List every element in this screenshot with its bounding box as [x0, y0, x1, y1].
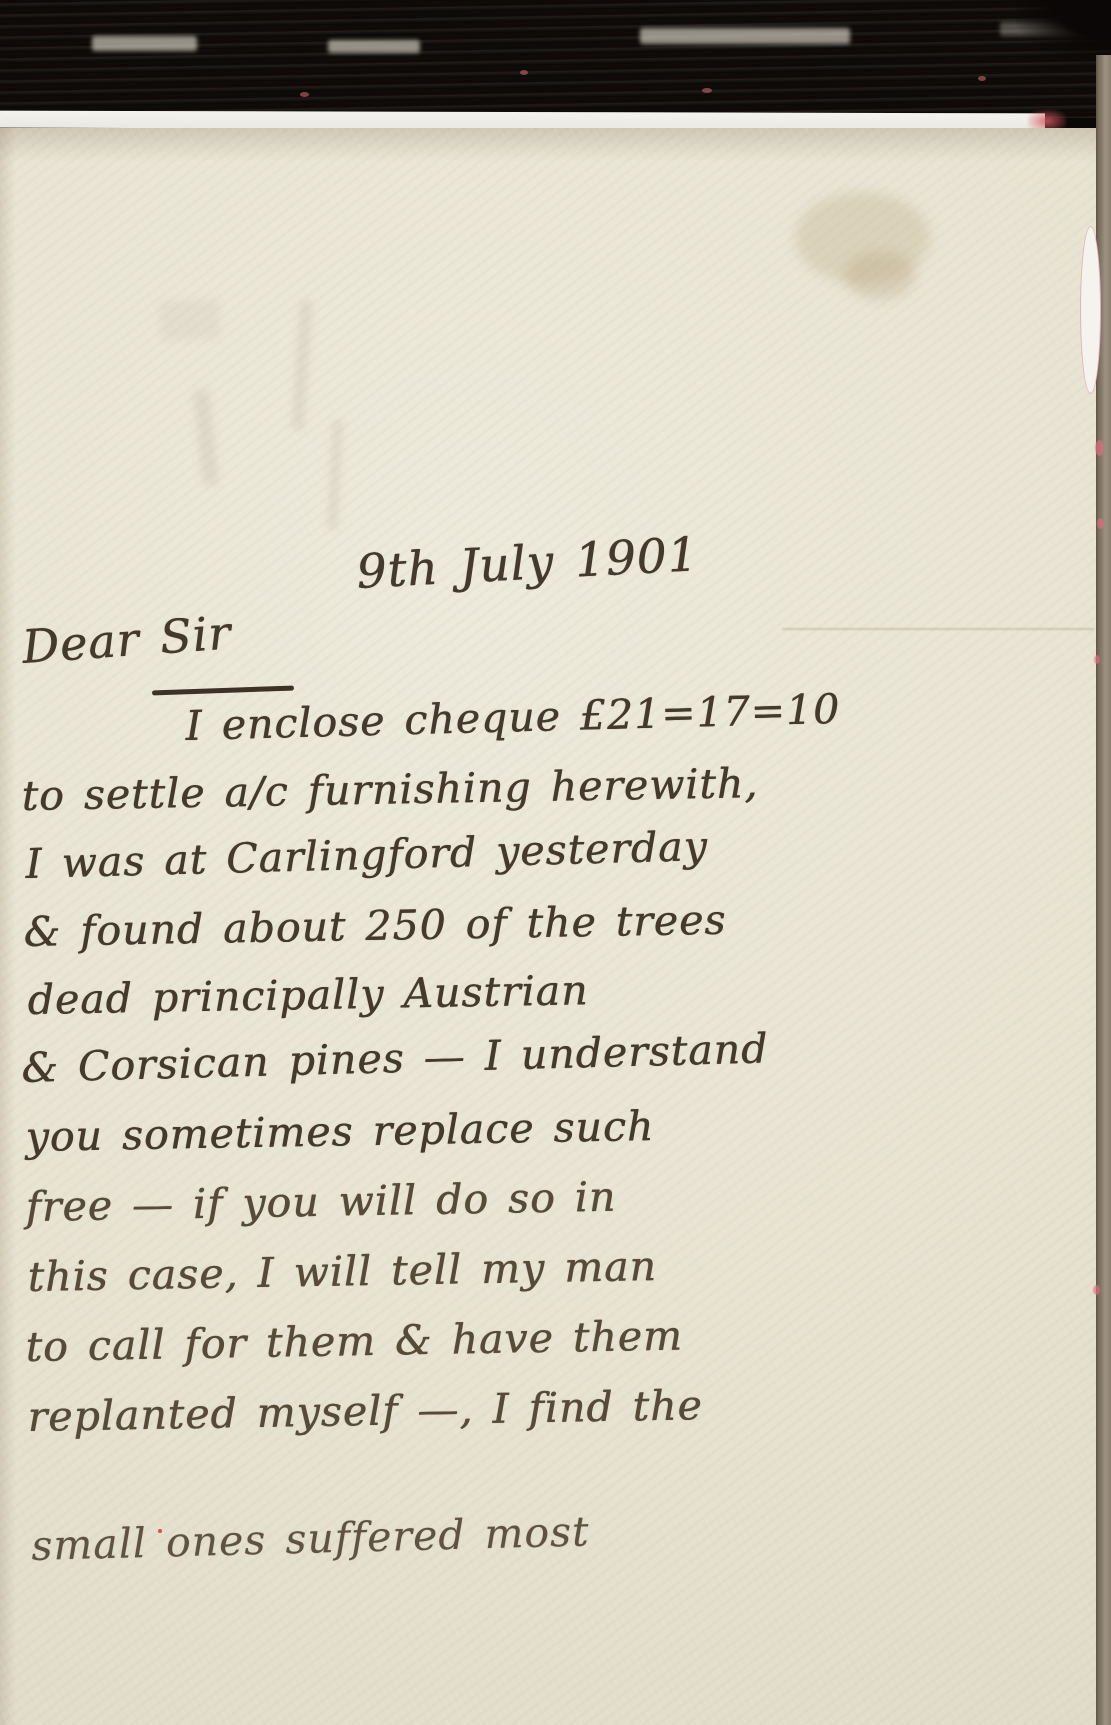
pink-deckle-mark [1093, 1285, 1100, 1295]
handwriting-line: dead principally Austrian [27, 966, 589, 1024]
pink-deckle-fleck [702, 88, 712, 93]
book-page-edges-top [0, 0, 1111, 118]
page-edge-pale-patch [92, 36, 197, 51]
paper-stain [845, 252, 915, 300]
scanned-letter-page: 9th July 1901 Dear Sir I enclose cheque … [0, 0, 1111, 1725]
page-edge-pale-patch [640, 28, 850, 44]
pink-deckle-mark [1094, 655, 1100, 664]
pink-deckle-fleck [300, 92, 309, 97]
pink-deckle-fleck [978, 76, 986, 81]
pink-deckle-fleck [520, 70, 528, 75]
page-edge-pale-patch [328, 40, 420, 53]
pink-deckle-mark [1097, 518, 1104, 529]
white-page-gap [1080, 226, 1101, 394]
pink-deckle-mark [1095, 440, 1104, 456]
ink-show-through [159, 299, 220, 341]
page-edge-ridges [0, 0, 1111, 118]
horizontal-crease [782, 628, 1094, 630]
